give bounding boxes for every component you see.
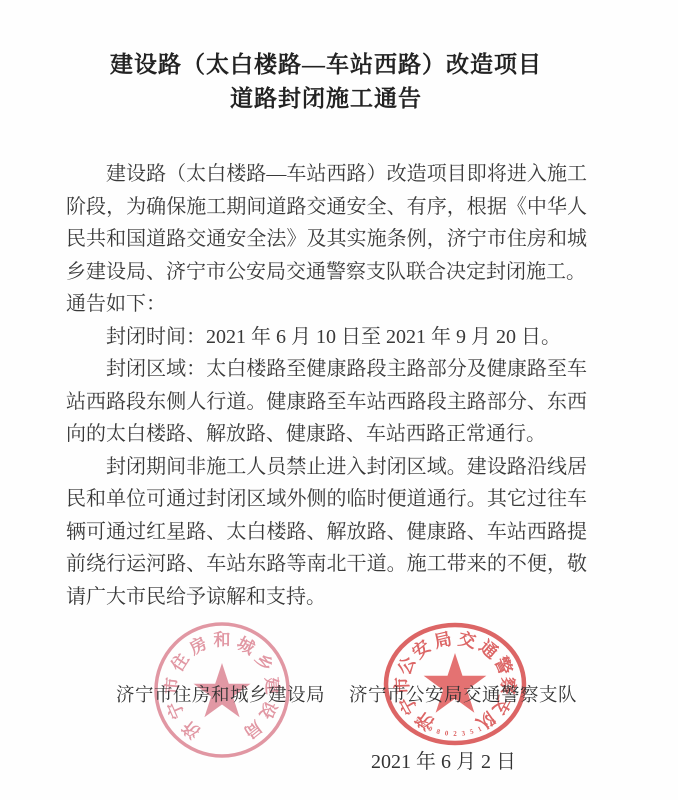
svg-text:城: 城	[234, 634, 259, 659]
body-line: 站西路段东侧人行道。健康路至车站西路段主路部分、东西	[66, 386, 587, 419]
body-line: 向的太白楼路、解放路、健康路、车站西路正常通行。	[66, 418, 587, 451]
svg-text:警: 警	[491, 654, 517, 679]
body-line: 建设路（太白楼路—车站西路）改造项目即将进入施工	[66, 158, 587, 191]
signature-right-org: 济宁市公安局交通警察支队	[349, 681, 577, 707]
signature-left-org: 济宁市住房和城乡建设局	[116, 681, 325, 707]
body-line: 请广大市民给予谅解和支持。	[66, 581, 587, 614]
body-line: 封闭期间非施工人员禁止进入封闭区域。建设路沿线居	[66, 451, 587, 484]
notice-page: 济宁市住房和城乡建设局 济宁市公安局交通警察支队37080235128 建设路（…	[0, 0, 678, 800]
body-line: 乡建设局、济宁市公安局交通警察支队联合决定封闭施工。	[66, 256, 587, 289]
body-line: 前绕行运河路、车站东路等南北干道。施工带来的不便，敬	[66, 548, 587, 581]
body-line: 阶段，为确保施工期间道路交通安全、有序，根据《中华人	[66, 191, 587, 224]
svg-text:交: 交	[456, 628, 478, 652]
svg-text:房: 房	[185, 633, 210, 659]
notice-title-line1: 建设路（太白楼路—车站西路）改造项目	[66, 48, 586, 82]
svg-text:乡: 乡	[251, 650, 277, 675]
body-line: 封闭时间：2021 年 6 月 10 日至 2021 年 9 月 20 日。	[66, 321, 587, 354]
svg-text:局: 局	[240, 717, 265, 742]
notice-body: 建设路（太白楼路—车站西路）改造项目即将进入施工 阶段，为确保施工期间道路交通安…	[66, 158, 587, 613]
svg-text:济: 济	[178, 717, 204, 743]
body-line: 民共和国道路交通安全法》及其实施条例，济宁市住房和城	[66, 223, 587, 256]
svg-text:0: 0	[444, 729, 449, 737]
svg-text:局: 局	[432, 628, 454, 651]
svg-text:住: 住	[167, 650, 193, 675]
body-line: 民和单位可通过封闭区域外侧的临时便道通行。其它过往车	[66, 483, 587, 516]
svg-text:和: 和	[214, 631, 231, 650]
svg-text:2: 2	[453, 730, 457, 738]
issue-date: 2021 年 6 月 2 日	[371, 745, 516, 774]
svg-text:5: 5	[469, 727, 475, 736]
body-line: 辆可通过红星路、太白楼路、解放路、健康路、车站西路提	[66, 516, 587, 549]
body-line: 通告如下：	[66, 288, 587, 321]
body-line: 封闭区域：太白楼路至健康路段主路部分及健康路至车	[66, 353, 587, 386]
notice-title: 建设路（太白楼路—车站西路）改造项目 道路封闭施工通告	[66, 48, 586, 116]
notice-title-line2: 道路封闭施工通告	[66, 82, 586, 116]
svg-text:8: 8	[435, 728, 441, 737]
svg-text:3: 3	[461, 729, 466, 737]
